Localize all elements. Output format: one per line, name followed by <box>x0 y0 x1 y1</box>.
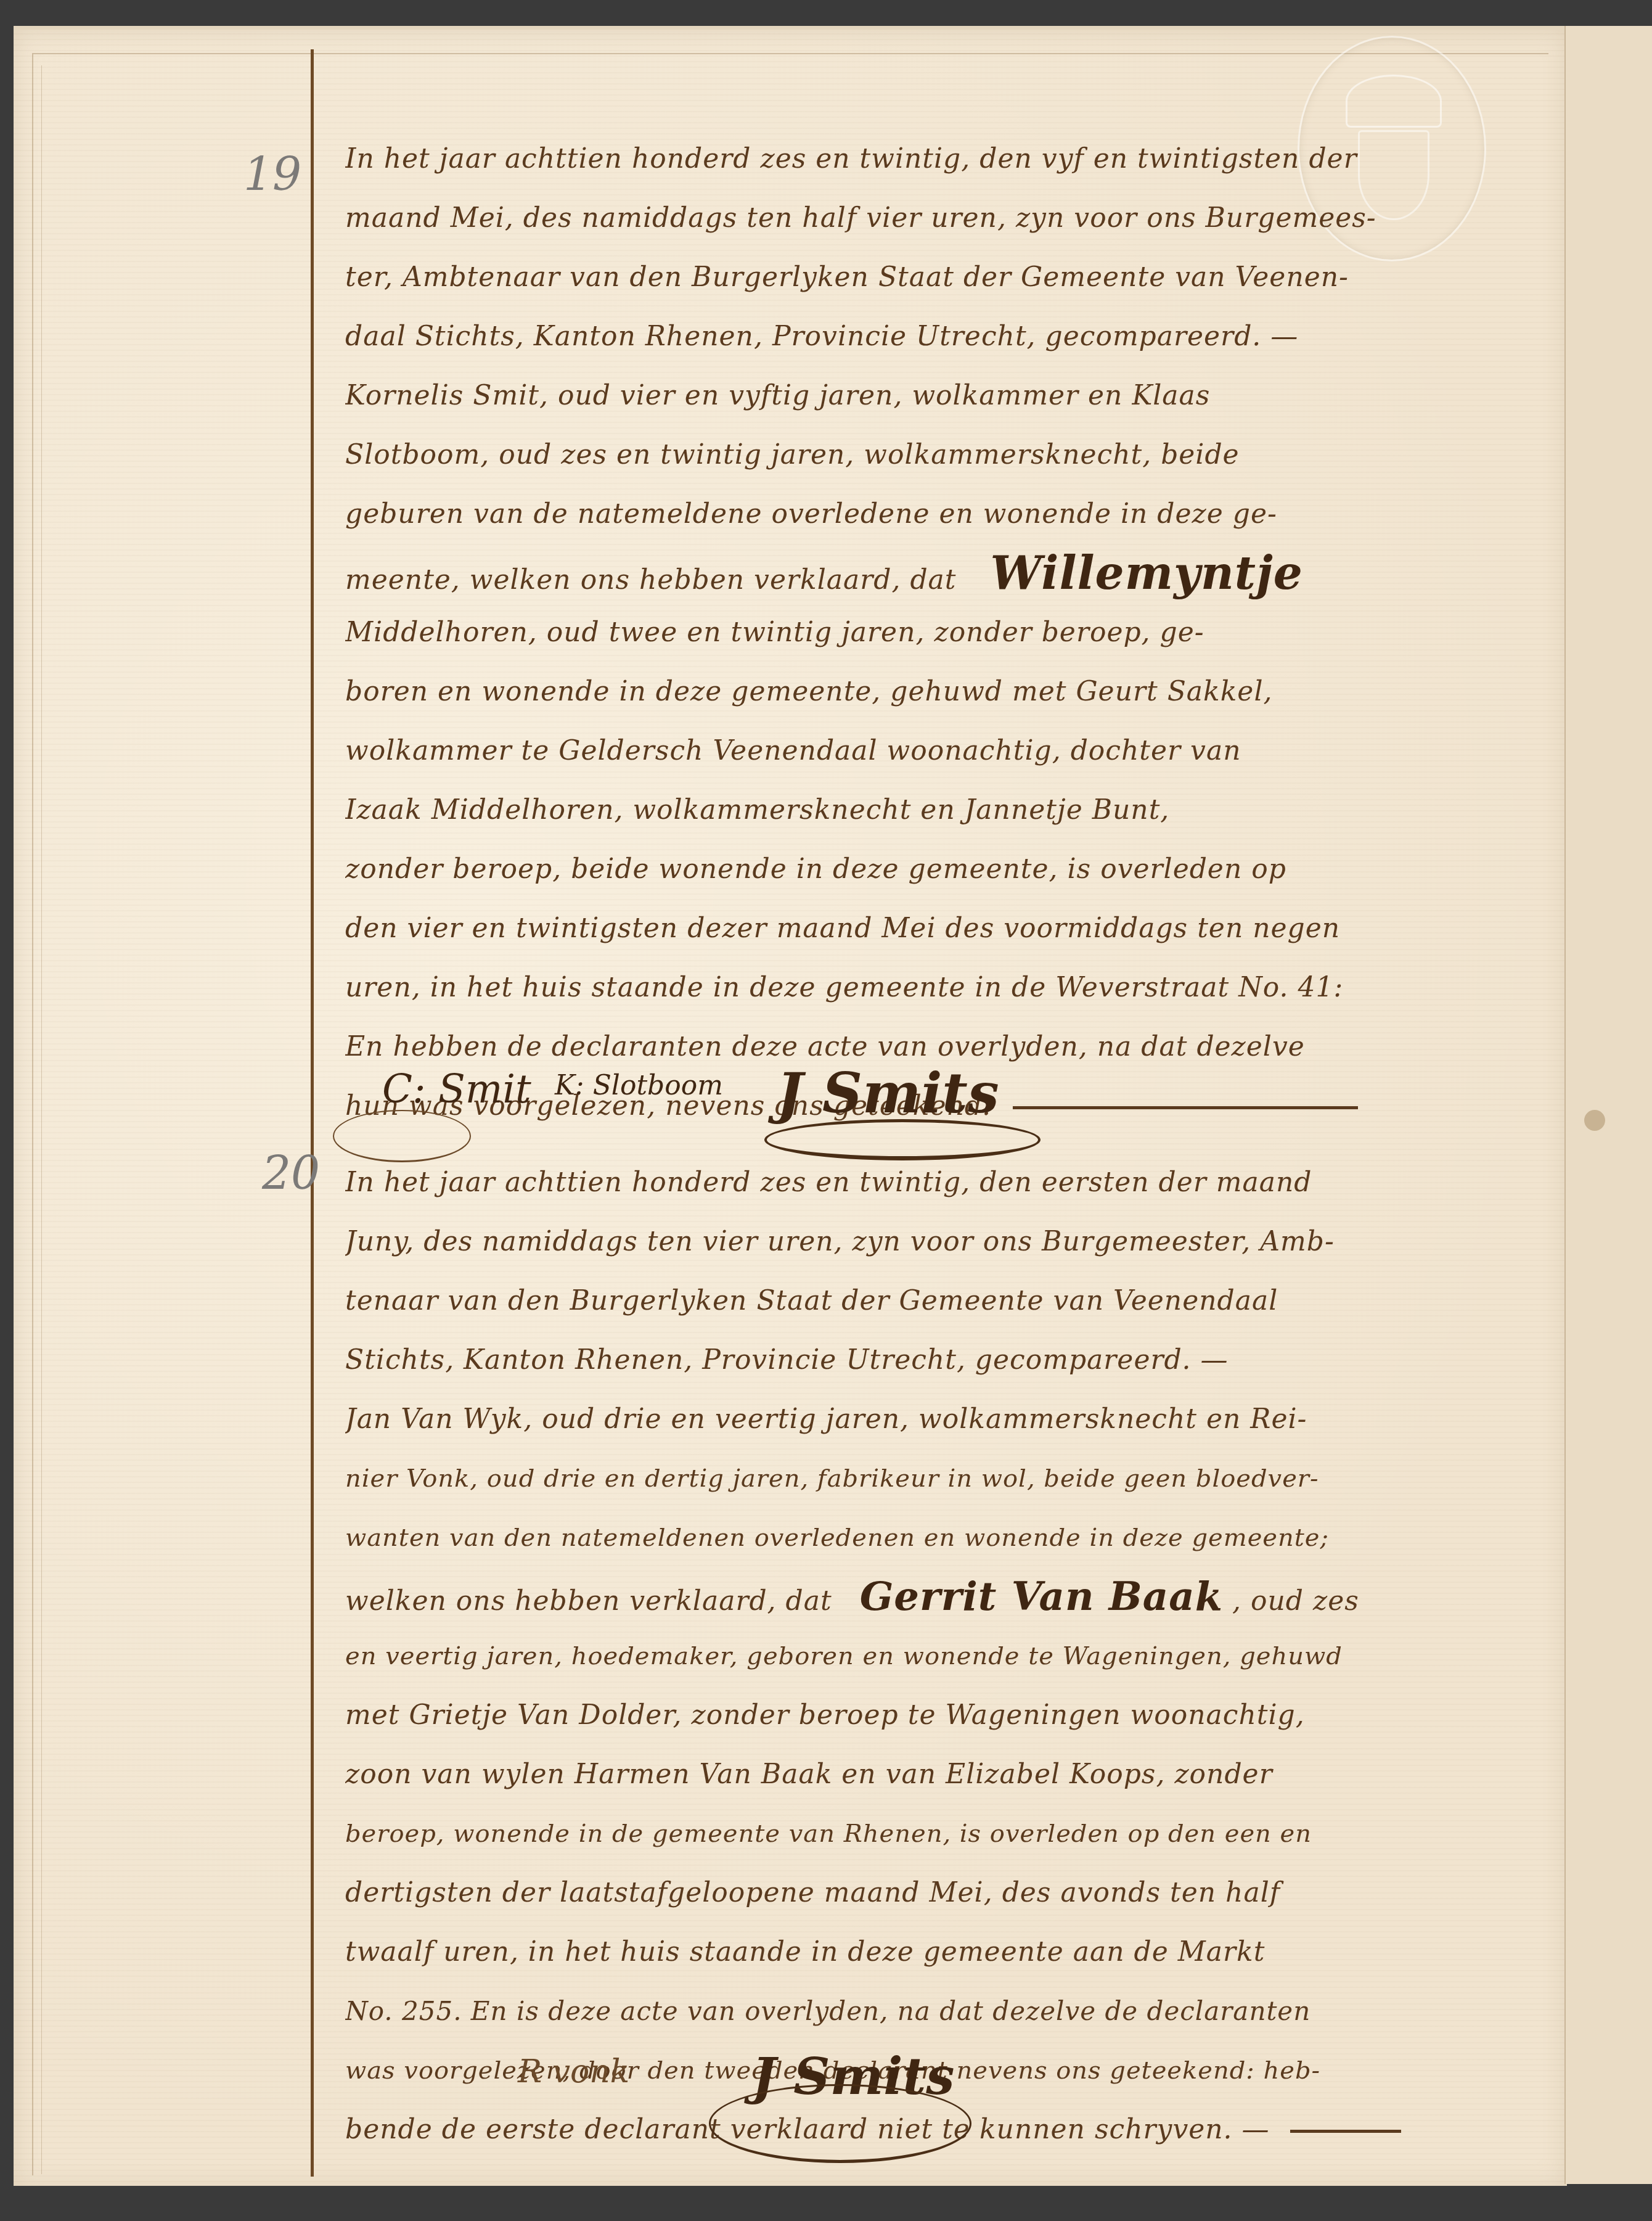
entry-line: In het jaar achttien honderd zes en twin… <box>345 129 1566 189</box>
entry-line: zoon van wylen Harmen Van Baak en van El… <box>345 1745 1566 1804</box>
entry-line: In het jaar achttien honderd zes en twin… <box>345 1153 1566 1212</box>
entry-line: Stichts, Kanton Rhenen, Provincie Utrech… <box>345 1331 1566 1390</box>
record-entry-19: In het jaar achttien honderd zes en twin… <box>345 129 1566 1136</box>
entry-line: twaalf uren, in het huis staande in deze… <box>345 1923 1566 1982</box>
signature-c-smit: C: Smit <box>382 1067 531 1112</box>
scan-background-bottom <box>0 2186 1652 2221</box>
entry-line-text: Stichts, Kanton Rhenen, Provincie Utrech… <box>345 1344 1229 1376</box>
page-edge-line <box>32 54 33 2175</box>
entry-line-text: meente, welken ons hebben verklaard, dat <box>345 564 956 596</box>
closing-dash <box>1013 1106 1358 1109</box>
margin-rule <box>311 49 314 2177</box>
entry-line: zonder beroep, beide wonende in deze gem… <box>345 840 1566 899</box>
entry-line: den vier en twintigsten dezer maand Mei … <box>345 899 1566 958</box>
entry-line: dertigsten der laatstafgeloopene maand M… <box>345 1863 1566 1923</box>
adjacent-page-edge <box>1564 26 1652 2184</box>
entry-line: nier Vonk, oud drie en dertig jaren, fab… <box>345 1449 1566 1508</box>
signature-j-smits: J Smits <box>777 1061 999 1126</box>
entry-line: No. 255. En is deze acte van overlyden, … <box>345 1982 1566 2041</box>
entry-line: Izaak Middelhoren, wolkammersknecht en J… <box>345 781 1566 840</box>
deceased-name: Gerrit Van Baak <box>860 1574 1223 1620</box>
entry-line: beroep, wonende in de gemeente van Rhene… <box>345 1804 1566 1863</box>
entry-line: welken ons hebben verklaard, dat Gerrit … <box>345 1567 1566 1627</box>
entry-line: Middelhoren, oud twee en twintig jaren, … <box>345 603 1566 662</box>
entry-line: Kornelis Smit, oud vier en vyftig jaren,… <box>345 366 1566 425</box>
record-number-20: 20 <box>262 1147 320 1200</box>
entry-line: boren en wonende in deze gemeente, gehuw… <box>345 662 1566 721</box>
entry-line: Jan Van Wyk, oud drie en veertig jaren, … <box>345 1390 1566 1449</box>
crown-icon <box>1346 75 1442 128</box>
pin-hole <box>1584 1110 1605 1131</box>
entry-line: geburen van de natemeldene overledene en… <box>345 485 1566 544</box>
entry-line: wanten van den natemeldenen overledenen … <box>345 1508 1566 1567</box>
entry-line: en veertig jaren, hoedemaker, geboren en… <box>345 1627 1566 1686</box>
entry-line: daal Stichts, Kanton Rhenen, Provincie U… <box>345 307 1566 366</box>
closing-dash <box>1290 2130 1401 2133</box>
record-number-19: 19 <box>243 148 301 201</box>
entry-line: maand Mei, des namiddags ten half vier u… <box>345 189 1566 248</box>
signature-flourish <box>709 2084 971 2163</box>
entry-line: meente, welken ons hebben verklaard, dat… <box>345 544 1566 603</box>
entry-line-text: welken ons hebben verklaard, dat <box>345 1585 832 1617</box>
entry-line: Juny, des namiddags ten vier uren, zyn v… <box>345 1212 1566 1271</box>
entry-line: met Grietje Van Dolder, zonder beroep te… <box>345 1686 1566 1745</box>
signature-r-vonk: R vonk <box>518 2053 629 2090</box>
entry-line: Slotboom, oud zes en twintig jaren, wolk… <box>345 425 1566 485</box>
record-entry-20: In het jaar achttien honderd zes en twin… <box>345 1153 1566 2159</box>
entry-line-text: , oud zes <box>1232 1585 1359 1617</box>
signature-k-slotboom: K: Slotboom <box>555 1070 723 1101</box>
entry-line: ter, Ambtenaar van den Burgerlyken Staat… <box>345 248 1566 307</box>
page-top-rule <box>32 53 1548 54</box>
entry-line: uren, in het huis staande in deze gemeen… <box>345 958 1566 1017</box>
page-edge-line-inner <box>41 65 42 2174</box>
entry-line: wolkammer te Geldersch Veenendaal woonac… <box>345 721 1566 781</box>
entry-line: tenaar van den Burgerlyken Staat der Gem… <box>345 1271 1566 1331</box>
deceased-name-first: Willemyntje <box>990 547 1302 600</box>
